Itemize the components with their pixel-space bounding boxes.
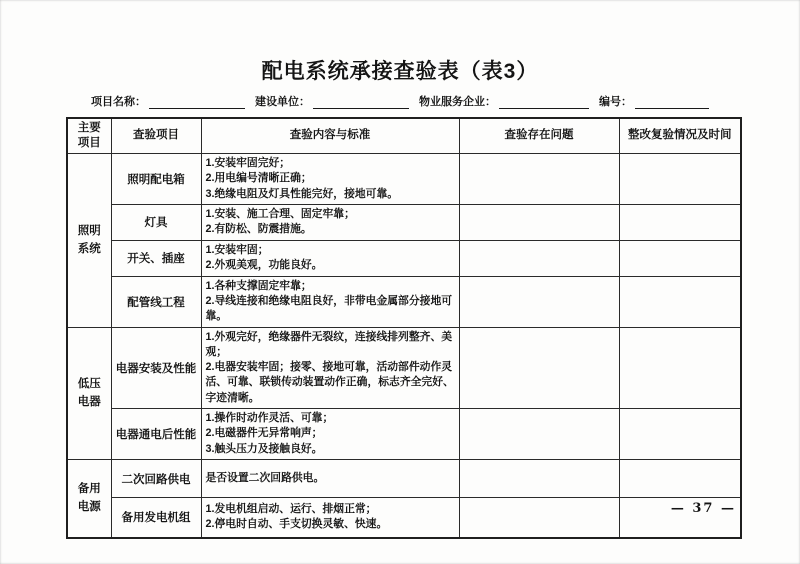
issues-cell (459, 240, 619, 276)
header-inspection-item: 查验项目 (111, 118, 201, 153)
page-title: 配电系统承接查验表（表3） (0, 60, 800, 84)
item-cell: 开关、插座 (111, 240, 201, 276)
table-row: 电器通电后性能 1.操作时动作灵活、可靠； 2.电磁器件无异常响声； 3.触头压… (67, 409, 741, 460)
content-cell: 1.各种支撑固定牢靠； 2.导线连接和绝缘电阻良好，非带电金属部分接地可靠。 (201, 276, 459, 327)
content-cell: 1.安装牢固完好； 2.用电编号清晰正确； 3.绝缘电阻及灯具性能完好，接地可靠… (201, 153, 459, 204)
table-row: 备用 电源 二次回路供电 是否设置二次回路供电。 (67, 460, 741, 498)
meta-blank-property-company (499, 96, 589, 109)
item-cell: 灯具 (111, 204, 201, 240)
item-cell: 备用发电机组 (111, 498, 201, 538)
meta-field-number: 编号： (599, 93, 709, 109)
content-cell: 1.发电机组启动、运行、排烟正常； 2.停电时自动、手支切换灵敏、快速。 (201, 498, 459, 538)
rectification-cell (619, 153, 741, 204)
header-rectification: 整改复验情况及时间 (619, 118, 741, 153)
item-cell: 电器通电后性能 (111, 409, 201, 460)
item-cell: 电器安装及性能 (111, 327, 201, 409)
group-cell-low-voltage: 低压 电器 (67, 327, 111, 460)
inspection-table-wrap: 主要 项目 查验项目 查验内容与标准 查验存在问题 整改复验情况及时间 照明 系… (66, 117, 800, 539)
scanned-form-page: 配电系统承接查验表（表3） 项目名称： 建设单位： 物业服务企业： 编号： 主要… (0, 0, 800, 564)
issues-cell (459, 409, 619, 460)
meta-field-construction-unit: 建设单位： (255, 93, 409, 109)
group-cell-lighting-system: 照明 系统 (67, 153, 111, 327)
rectification-cell (619, 204, 741, 240)
item-cell: 二次回路供电 (111, 460, 201, 498)
table-row: 照明 系统 照明配电箱 1.安装牢固完好； 2.用电编号清晰正确； 3.绝缘电阻… (67, 153, 741, 204)
header-row: 主要 项目 查验项目 查验内容与标准 查验存在问题 整改复验情况及时间 (67, 118, 741, 153)
meta-label-construction-unit: 建设单位： (255, 93, 310, 109)
rectification-cell (619, 460, 741, 498)
page-number: — 37 — (671, 501, 736, 516)
rectification-cell (619, 409, 741, 460)
table-row: 配管线工程 1.各种支撑固定牢靠； 2.导线连接和绝缘电阻良好，非带电金属部分接… (67, 276, 741, 327)
issues-cell (459, 327, 619, 409)
rectification-cell (619, 327, 741, 409)
meta-label-project-name: 项目名称： (91, 93, 146, 109)
group-cell-backup-power: 备用 电源 (67, 460, 111, 538)
meta-label-number: 编号： (599, 93, 632, 109)
content-cell: 1.外观完好，绝缘器件无裂纹，连接线排列整齐、美观； 2.电器安装牢固；接零、接… (201, 327, 459, 409)
table-row: 备用发电机组 1.发电机组启动、运行、排烟正常； 2.停电时自动、手支切换灵敏、… (67, 498, 741, 538)
meta-blank-construction-unit (313, 96, 409, 109)
content-cell: 1.安装牢固； 2.外观美观，功能良好。 (201, 240, 459, 276)
content-cell: 是否设置二次回路供电。 (201, 460, 459, 498)
meta-field-property-company: 物业服务企业： (419, 93, 589, 109)
item-cell: 照明配电箱 (111, 153, 201, 204)
meta-field-project-name: 项目名称： (91, 93, 245, 109)
issues-cell (459, 460, 619, 498)
item-cell: 配管线工程 (111, 276, 201, 327)
header-issues-found: 查验存在问题 (459, 118, 619, 153)
inspection-table: 主要 项目 查验项目 查验内容与标准 查验存在问题 整改复验情况及时间 照明 系… (66, 117, 742, 539)
table-row: 开关、插座 1.安装牢固； 2.外观美观，功能良好。 (67, 240, 741, 276)
meta-label-property-company: 物业服务企业： (419, 93, 496, 109)
table-row: 灯具 1.安装、施工合理、固定牢靠； 2.有防松、防震措施。 (67, 204, 741, 240)
table-row: 低压 电器 电器安装及性能 1.外观完好，绝缘器件无裂纹，连接线排列整齐、美观；… (67, 327, 741, 409)
rectification-cell (619, 276, 741, 327)
issues-cell (459, 276, 619, 327)
meta-line: 项目名称： 建设单位： 物业服务企业： 编号： (0, 93, 800, 109)
header-content-standard: 查验内容与标准 (201, 118, 459, 153)
content-cell: 1.安装、施工合理、固定牢靠； 2.有防松、防震措施。 (201, 204, 459, 240)
header-main-item: 主要 项目 (67, 118, 111, 153)
meta-blank-number (635, 96, 709, 109)
content-cell: 1.操作时动作灵活、可靠； 2.电磁器件无异常响声； 3.触头压力及接触良好。 (201, 409, 459, 460)
issues-cell (459, 204, 619, 240)
issues-cell (459, 498, 619, 538)
meta-blank-project-name (149, 96, 245, 109)
issues-cell (459, 153, 619, 204)
rectification-cell (619, 240, 741, 276)
